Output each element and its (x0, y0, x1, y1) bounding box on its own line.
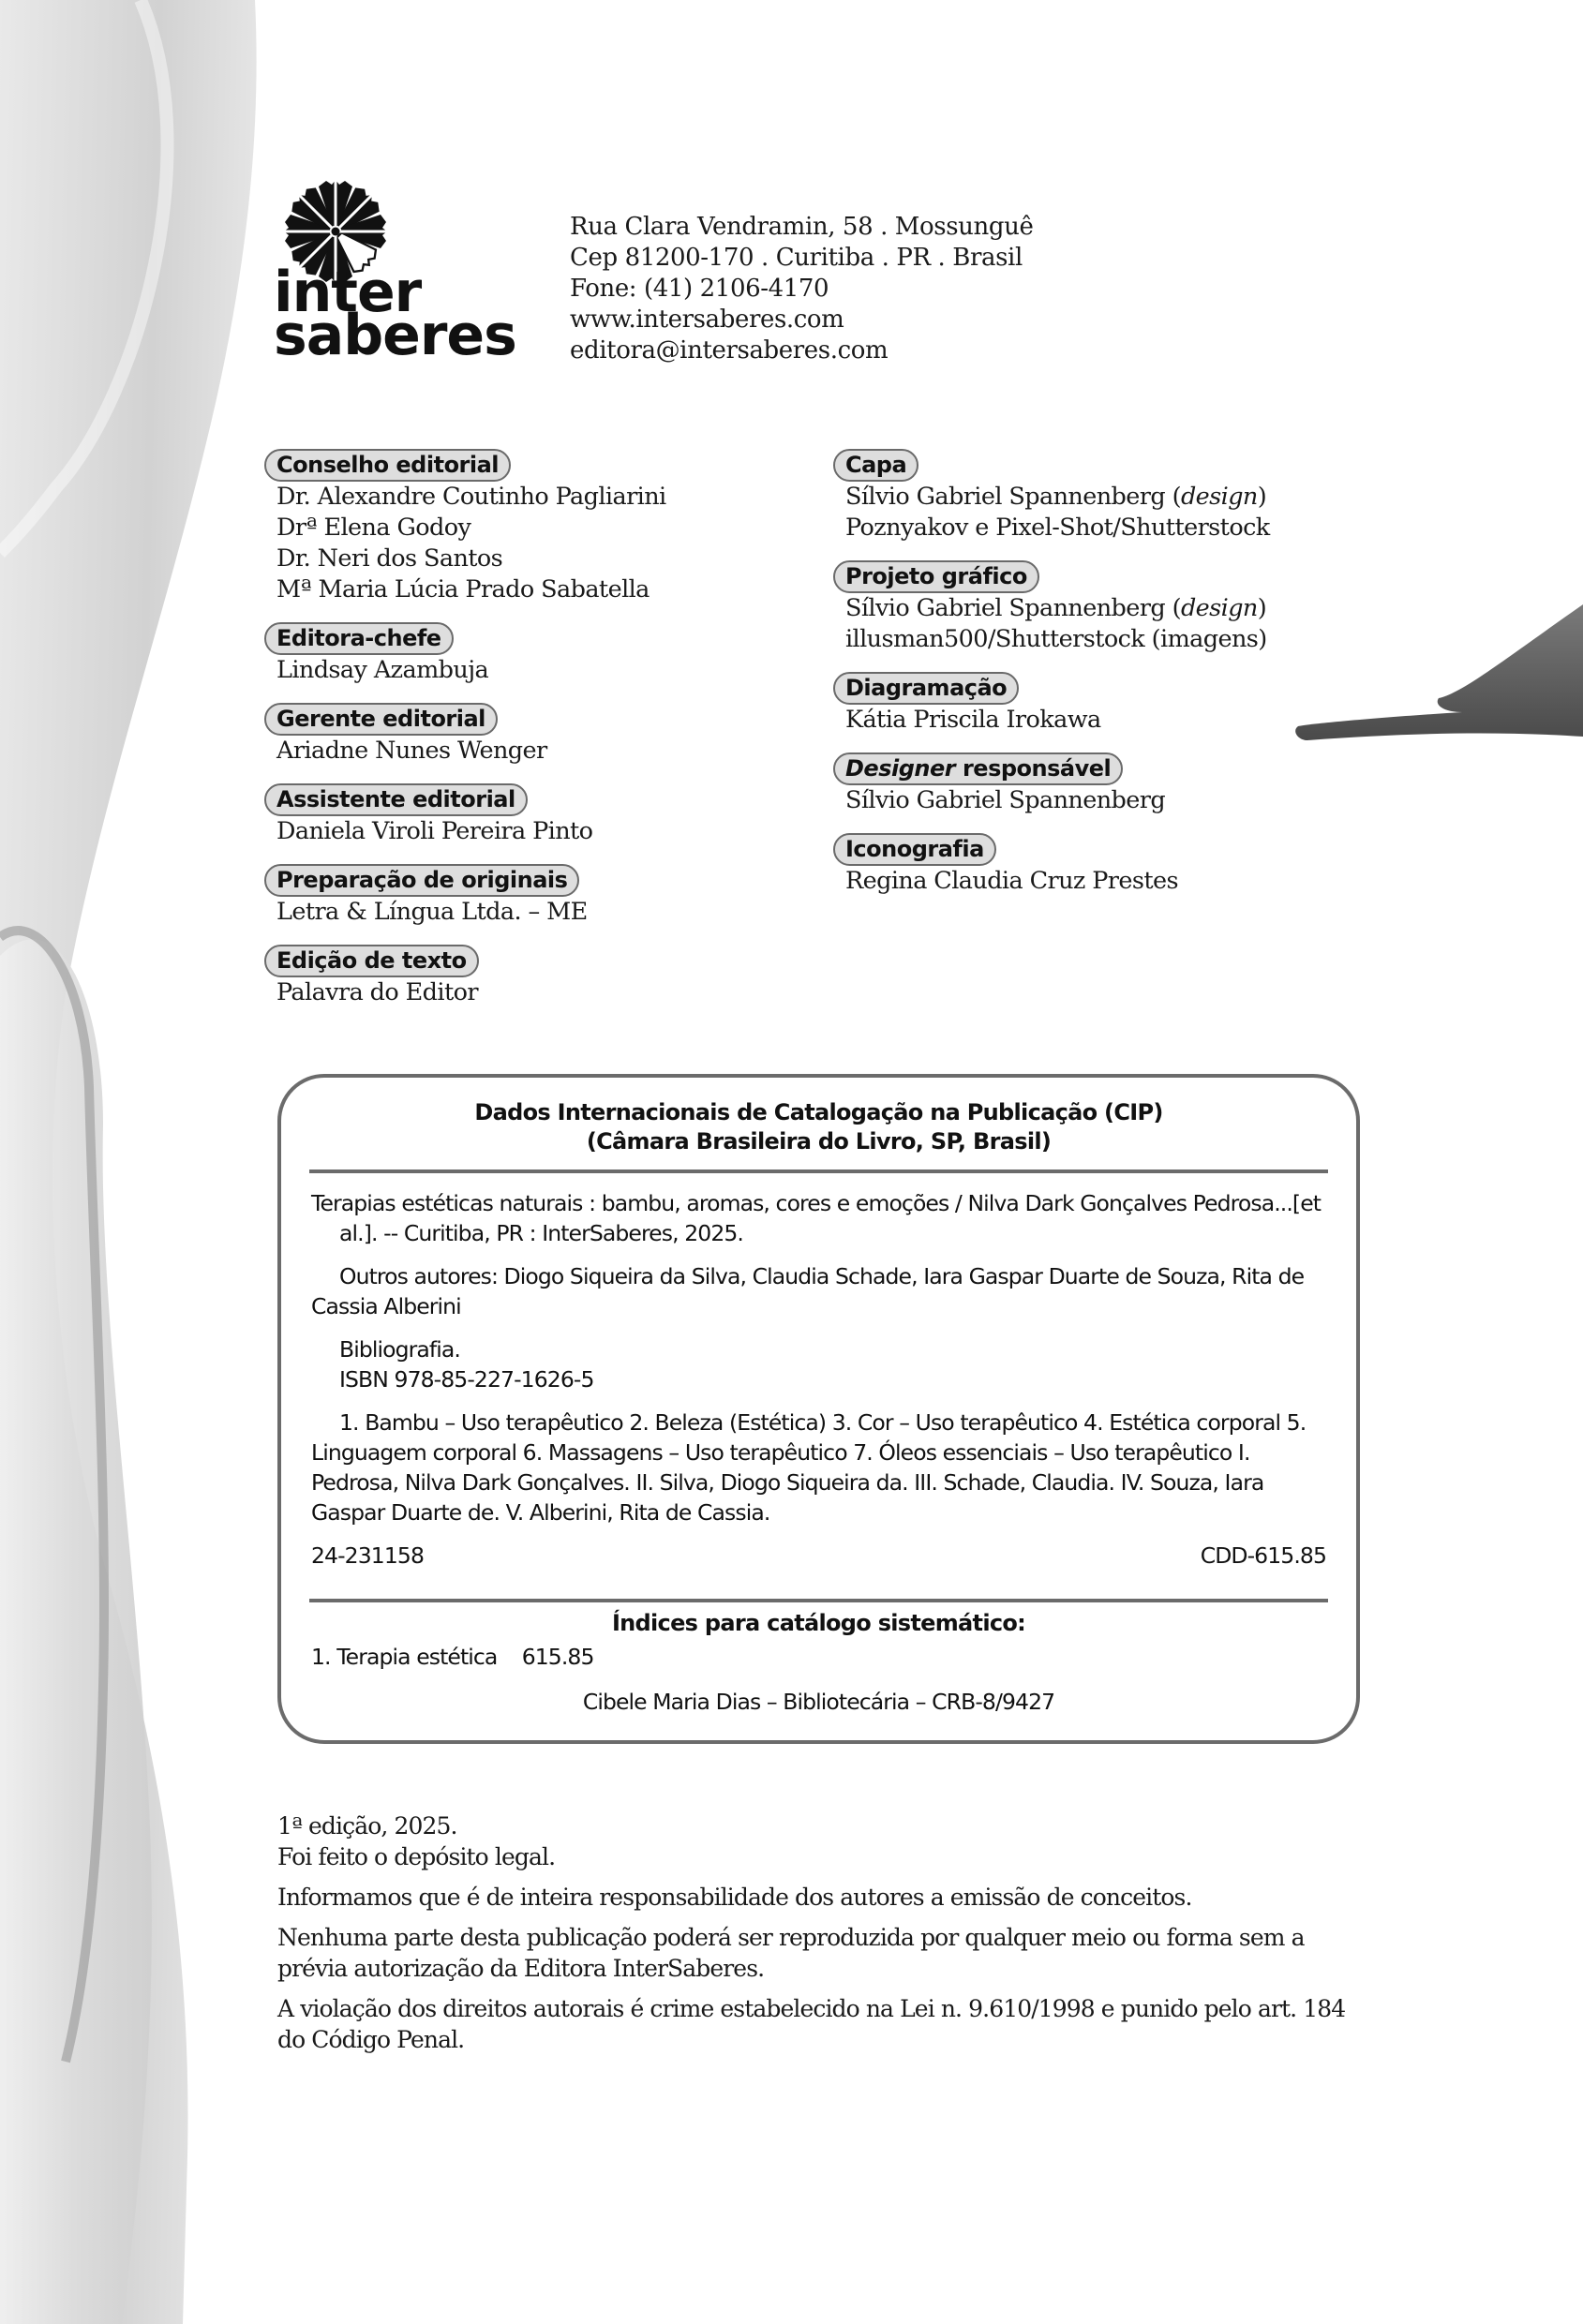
cip-librarian: Cibele Maria Dias – Bibliotecária – CRB-… (281, 1689, 1356, 1715)
credit-name: Sílvio Gabriel Spannenberg (833, 785, 1358, 816)
credit-group-edicao: Edição de texto Palavra do Editor (264, 945, 808, 1008)
credit-name: Sílvio Gabriel Spannenberg (design) (833, 482, 1358, 513)
credit-name: Ariadne Nunes Wenger (264, 736, 808, 767)
credit-label: Assistente editorial (264, 783, 528, 816)
credit-name: Sílvio Gabriel Spannenberg (design) (833, 593, 1358, 624)
credit-label: Gerente editorial (264, 703, 498, 736)
credit-label: Edição de texto (264, 945, 479, 977)
credit-name: Mª Maria Lúcia Prado Sabatella (264, 574, 808, 605)
credit-group-preparacao: Preparação de originais Letra & Língua L… (264, 864, 808, 928)
cip-control-number: 24-231158 (311, 1541, 424, 1571)
credits-right-column: Capa Sílvio Gabriel Spannenberg (design)… (833, 449, 1358, 914)
credit-group-designer: Designer responsável Sílvio Gabriel Span… (833, 752, 1358, 816)
credit-label: Designer responsável (833, 752, 1123, 785)
credit-name: Drª Elena Godoy (264, 513, 808, 544)
credit-group-conselho: Conselho editorial Dr. Alexandre Coutinh… (264, 449, 808, 605)
credit-group-assistente: Assistente editorial Daniela Viroli Pere… (264, 783, 808, 847)
cip-other-authors: Outros autores: Diogo Siqueira da Silva,… (311, 1261, 1326, 1321)
cip-divider (309, 1169, 1328, 1173)
cip-index-item: 1. Terapia estética 615.85 (311, 1644, 594, 1670)
address-email[interactable]: editora@intersaberes.com (570, 335, 1033, 366)
credit-name: Dr. Alexandre Coutinho Pagliarini (264, 482, 808, 513)
address-postal: Cep 81200-170 . Curitiba . PR . Brasil (570, 243, 1033, 274)
address-website[interactable]: www.intersaberes.com (570, 305, 1033, 335)
credit-label: Iconografia (833, 833, 996, 866)
publisher-logo: inter saberes (274, 180, 508, 372)
credit-name: Kátia Priscila Irokawa (833, 705, 1358, 736)
credit-name: Lindsay Azambuja (264, 655, 808, 686)
cip-title: Dados Internacionais de Catalogação na P… (281, 1098, 1356, 1156)
credit-label: Preparação de originais (264, 864, 579, 897)
cip-catalog-box: Dados Internacionais de Catalogação na P… (277, 1074, 1360, 1744)
credit-name: Daniela Viroli Pereira Pinto (264, 816, 808, 847)
credit-name: Palavra do Editor (264, 977, 808, 1008)
credit-group-capa: Capa Sílvio Gabriel Spannenberg (design)… (833, 449, 1358, 544)
deposit-note: Foi feito o depósito legal. (277, 1841, 1365, 1872)
address-phone: Fone: (41) 2106-4170 (570, 274, 1033, 305)
credit-group-gerente: Gerente editorial Ariadne Nunes Wenger (264, 703, 808, 767)
publisher-address: Rua Clara Vendramin, 58 . Mossunguê Cep … (570, 212, 1033, 366)
cip-subjects: 1. Bambu – Uso terapêutico 2. Beleza (Es… (311, 1408, 1326, 1527)
address-street: Rua Clara Vendramin, 58 . Mossunguê (570, 212, 1033, 243)
credit-name: Poznyakov e Pixel-Shot/Shutterstock (833, 513, 1358, 544)
credit-name: Letra & Língua Ltda. – ME (264, 897, 808, 928)
cip-divider (309, 1599, 1328, 1602)
credit-label: Editora-chefe (264, 622, 454, 655)
edition-note: 1ª edição, 2025. (277, 1810, 1365, 1841)
violation-note: A violação dos direitos autorais é crime… (277, 1993, 1365, 2055)
responsibility-note: Informamos que é de inteira responsabili… (277, 1882, 1365, 1913)
credit-group-diagramacao: Diagramação Kátia Priscila Irokawa (833, 672, 1358, 736)
credit-name: Regina Claudia Cruz Prestes (833, 866, 1358, 897)
reproduction-note: Nenhuma parte desta publicação poderá se… (277, 1922, 1365, 1984)
credit-group-projeto-grafico: Projeto gráfico Sílvio Gabriel Spannenbe… (833, 560, 1358, 655)
credit-group-editora-chefe: Editora-chefe Lindsay Azambuja (264, 622, 808, 686)
credit-label: Conselho editorial (264, 449, 511, 482)
cip-bibliography: Bibliografia. (311, 1334, 1326, 1364)
logo-text-saberes: saberes (274, 309, 516, 362)
credit-label: Capa (833, 449, 918, 482)
cip-entry: Terapias estéticas naturais : bambu, aro… (311, 1188, 1326, 1248)
credit-label: Diagramação (833, 672, 1019, 705)
cip-body: Terapias estéticas naturais : bambu, aro… (311, 1188, 1326, 1571)
credit-group-iconografia: Iconografia Regina Claudia Cruz Prestes (833, 833, 1358, 897)
cip-classification-row: 24-231158 CDD-615.85 (311, 1541, 1326, 1571)
cip-index-title: Índices para catálogo sistemático: (281, 1610, 1356, 1636)
credits-left-column: Conselho editorial Dr. Alexandre Coutinh… (264, 449, 808, 1025)
legal-notes: 1ª edição, 2025. Foi feito o depósito le… (277, 1810, 1365, 2064)
credit-label: Projeto gráfico (833, 560, 1039, 593)
cip-cdd: CDD-615.85 (1201, 1541, 1326, 1571)
credit-name: illusman500/Shutterstock (imagens) (833, 624, 1358, 655)
cip-isbn: ISBN 978-85-227-1626-5 (311, 1364, 1326, 1394)
credit-name: Dr. Neri dos Santos (264, 544, 808, 574)
